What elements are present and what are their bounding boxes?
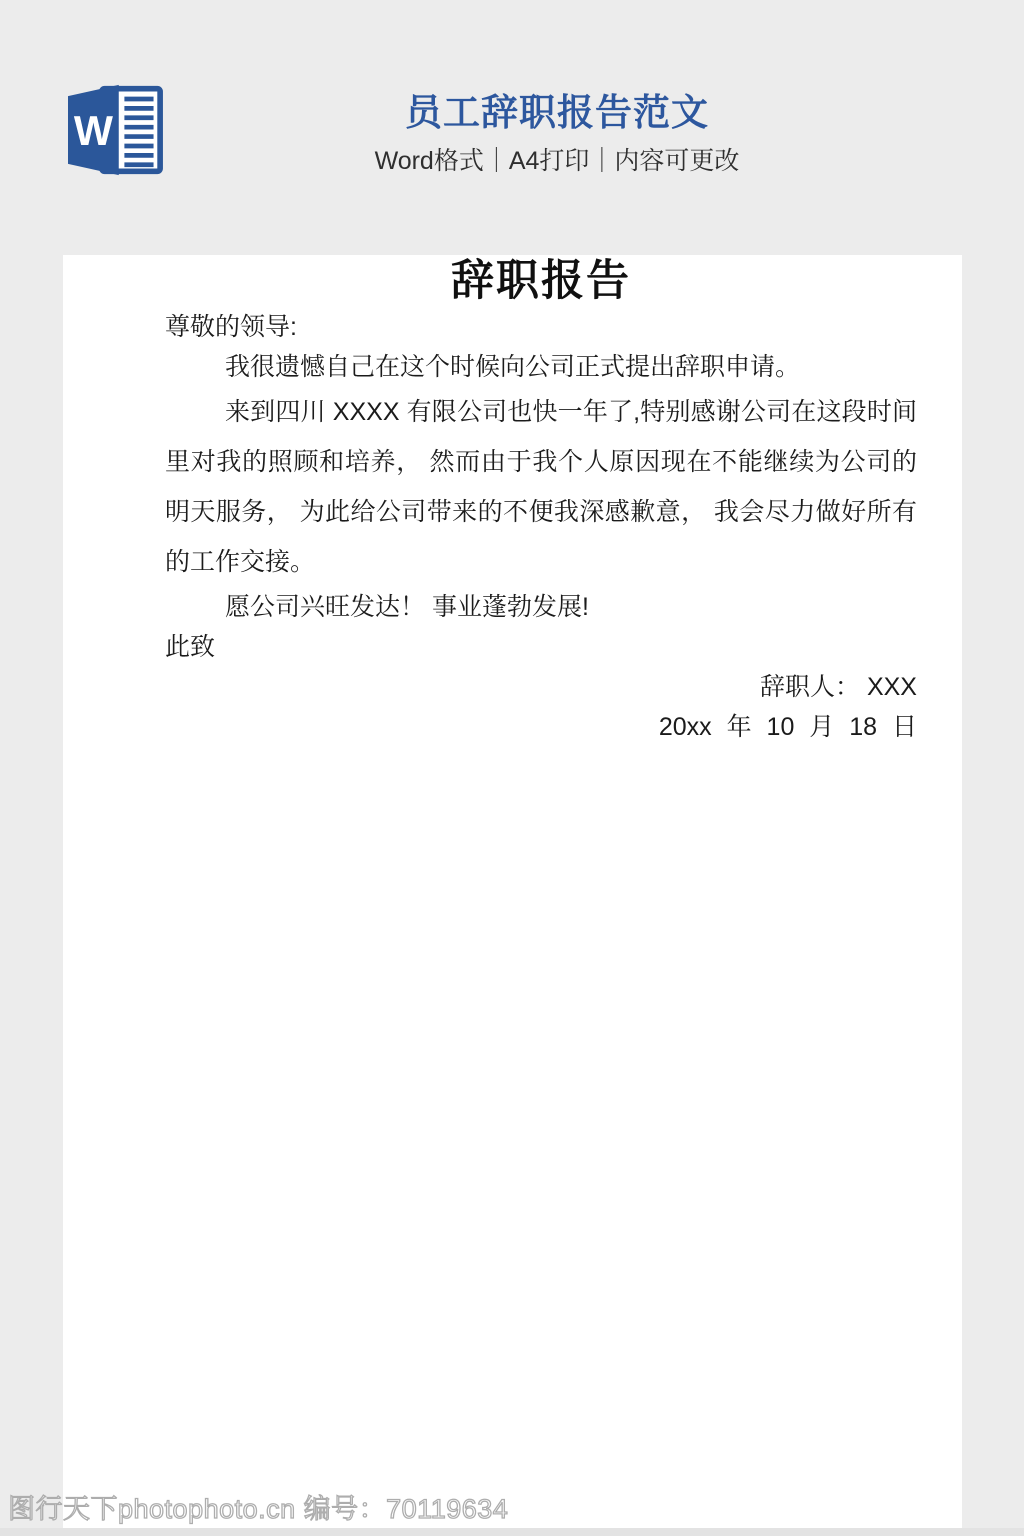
template-title: 员工辞职报告范文 (90, 92, 1024, 134)
paragraph-2: 来到四川 XXXX 有限公司也快一年了,特别感谢公司在这段时间里对我的照顾和培养… (165, 387, 917, 587)
salutation-line: 尊敬的领导: (165, 307, 917, 347)
paragraph-3: 愿公司兴旺发达！ 事业蓬勃发展! (165, 587, 917, 627)
header-text: 员工辞职报告范文 Word格式｜A4打印｜内容可更改 (90, 92, 1024, 176)
document-title: 辞职报告 (165, 255, 917, 307)
watermark-text: 图行天下photophoto.cn 编号：70119634 (8, 1492, 508, 1526)
paragraph-1: 我很遗憾自己在这个时候向公司正式提出辞职申请。 (165, 347, 917, 387)
date-line: 20xx 年 10 月 18 日 (165, 707, 917, 747)
closing-line: 此致 (165, 627, 917, 667)
template-subtitle: Word格式｜A4打印｜内容可更改 (90, 146, 1024, 176)
signature-line: 辞职人： XXX (165, 667, 917, 707)
bottom-strip (0, 1528, 1024, 1536)
document-page: 辞职报告 尊敬的领导: 我很遗憾自己在这个时候向公司正式提出辞职申请。 来到四川… (63, 255, 962, 1528)
